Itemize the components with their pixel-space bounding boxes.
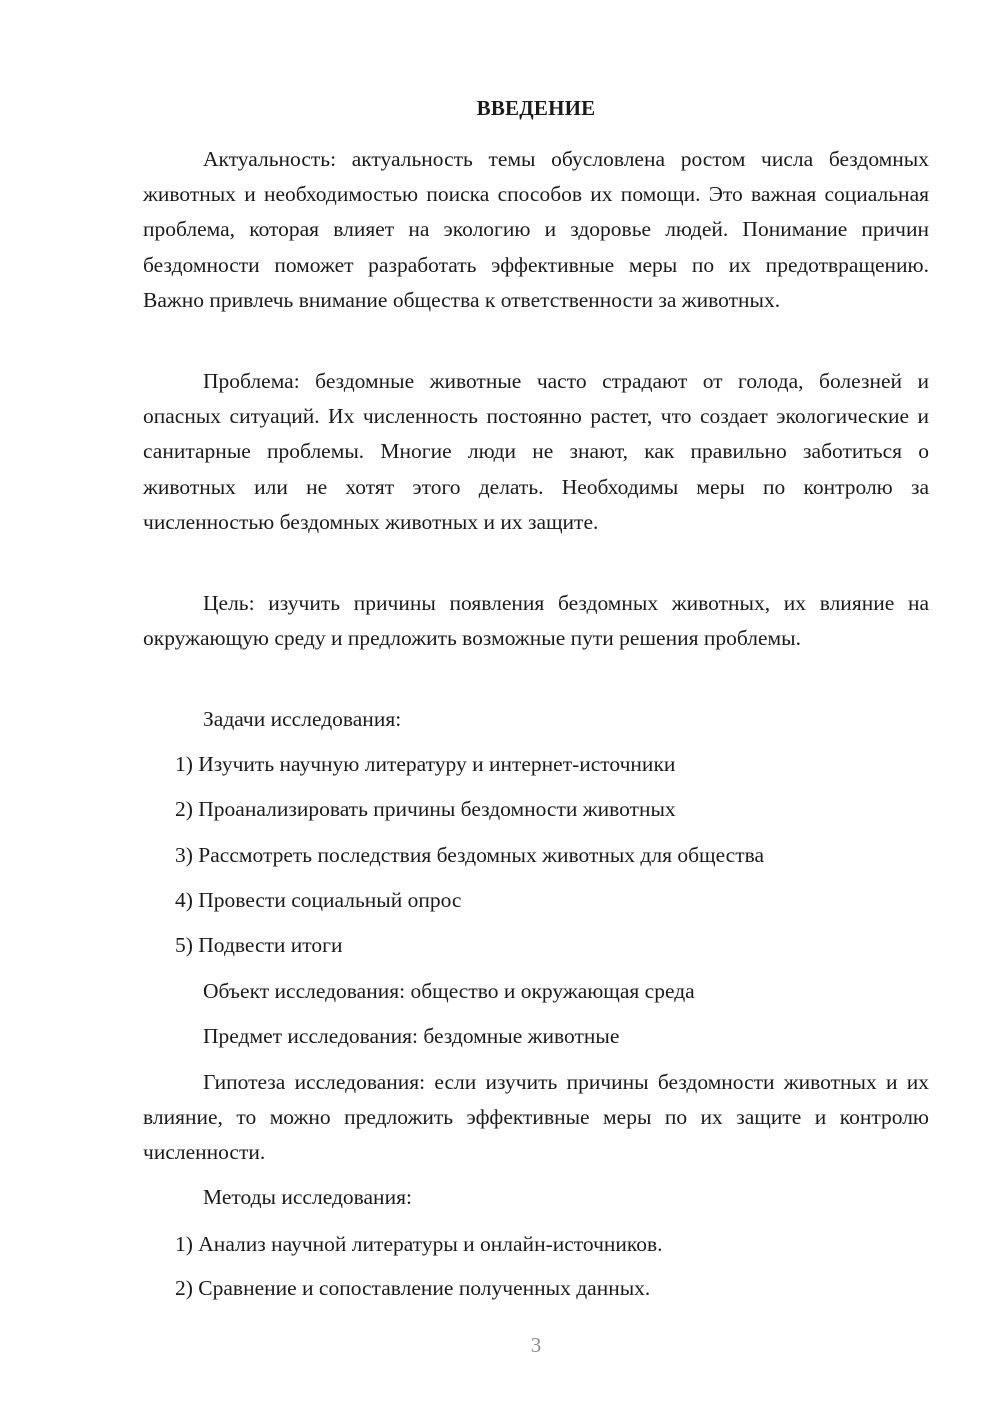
task-item: 5) Подвести итоги [175, 928, 343, 963]
method-item: 2) Сравнение и сопоставление полученных … [175, 1271, 650, 1306]
paragraph-problem: Проблема: бездомные животные часто страд… [143, 364, 929, 540]
paragraph-goal: Цель: изучить причины появления бездомны… [143, 586, 929, 656]
task-item: 4) Провести социальный опрос [175, 883, 461, 918]
methods-heading: Методы исследования: [203, 1180, 412, 1215]
research-object: Объект исследования: общество и окружающ… [203, 974, 695, 1009]
research-subject: Предмет исследования: бездомные животные [203, 1019, 619, 1054]
section-title: ВВЕДЕНИЕ [143, 96, 929, 121]
paragraph-relevance: Актуальность: актуальность темы обусловл… [143, 142, 929, 318]
task-item: 1) Изучить научную литературу и интернет… [175, 747, 675, 782]
task-item: 3) Рассмотреть последствия бездомных жив… [175, 838, 764, 873]
paragraph-hypothesis: Гипотеза исследования: если изучить прич… [143, 1065, 929, 1171]
page-number: 3 [143, 1333, 929, 1358]
task-item: 2) Проанализировать причины бездомности … [175, 792, 676, 827]
method-item: 1) Анализ научной литературы и онлайн-ис… [175, 1227, 663, 1262]
tasks-heading: Задачи исследования: [203, 702, 401, 737]
